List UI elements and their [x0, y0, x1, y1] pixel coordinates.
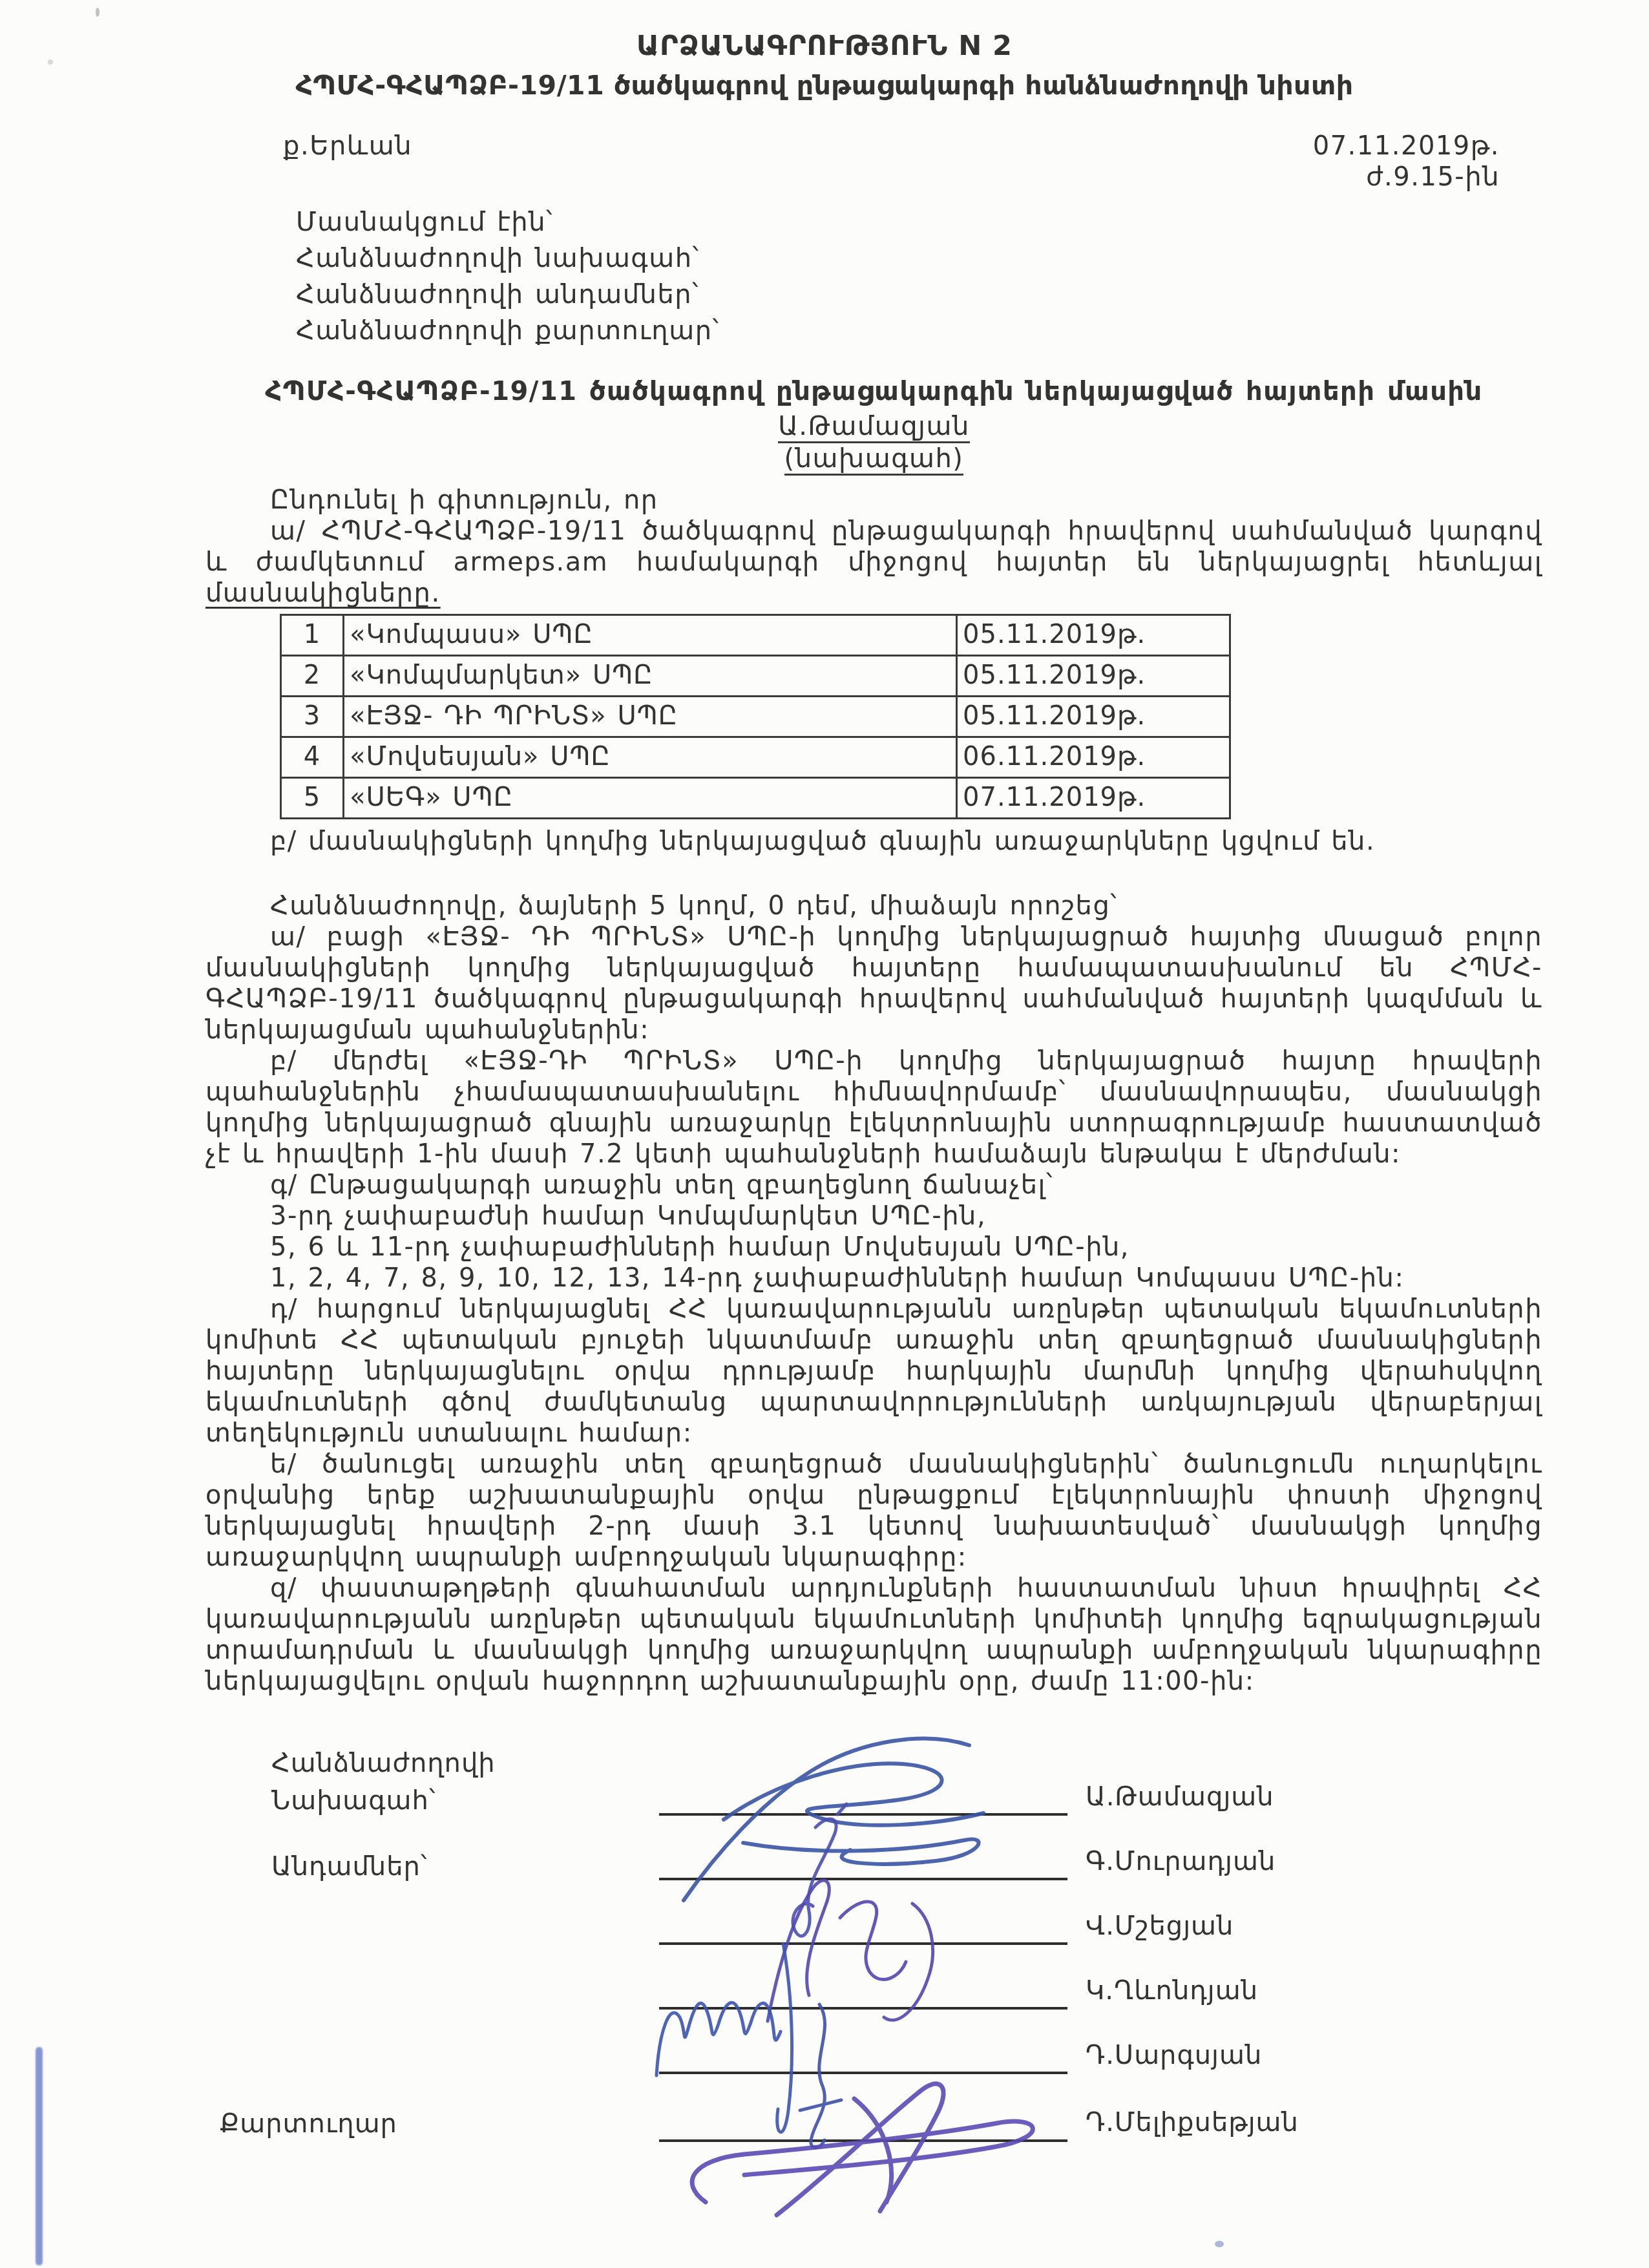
- attendance-block: Մասնակցում էին՝ Հանձնաժողովի նախագահ՝ Հա…: [296, 207, 1542, 346]
- intro-line: Ընդունել ի գիտություն, որ: [205, 485, 1542, 516]
- decision-e: ե/ ծանուցել առաջին տեղ զբաղեցրած մասնակի…: [205, 1449, 1542, 1573]
- city-date-row: ք.Երևան 07.11.2019թ.: [205, 131, 1500, 162]
- subject-chair-name: Ա.Թամազյան: [205, 411, 1542, 443]
- attendance-line-secretary: Հանձնաժողովի քարտուղար՝: [296, 315, 1542, 346]
- chair-label-line2: Նախագահ՝: [271, 1786, 436, 1816]
- scan-speck: [96, 8, 100, 17]
- chair-label-line1: Հանձնաժողովի: [271, 1748, 496, 1778]
- decision-heading: Հանձնաժողովը, ձայների 5 կողմ, 0 դեմ, միա…: [205, 890, 1542, 921]
- signature-line: [659, 2072, 1067, 2074]
- subject-chair-name-text: Ա.Թամազյան: [778, 413, 970, 443]
- signatory-name-chair: Ա.Թամազյան: [1086, 1782, 1274, 1812]
- row-number: 2: [281, 656, 344, 697]
- signatory-name-secretary: Դ.Մելիքսեթյան: [1086, 2108, 1299, 2137]
- members-label: Անդամներ՝: [271, 1852, 427, 1882]
- decision-a: ա/ բացի «ԷՅՋ- ԴԻ ՊՐԻՆՏ» ՍՊԸ-ի կողմից ներ…: [205, 921, 1542, 1045]
- table-row: 5 «ՍԵԳ» ՍՊԸ 07.11.2019թ.: [281, 778, 1230, 819]
- bid-date: 07.11.2019թ.: [957, 778, 1230, 819]
- table-row: 1 «Կոմպասս» ՍՊԸ 05.11.2019թ.: [281, 615, 1230, 656]
- attendance-heading: Մասնակցում էին՝: [296, 207, 1542, 238]
- row-number: 3: [281, 697, 344, 737]
- subject-chair-role: (նախագահ): [205, 443, 1542, 476]
- decision-g-heading: գ/ Ընթացակարգի առաջին տեղ զբաղեցնող ճանա…: [205, 1170, 1542, 1201]
- table-row: 3 «ԷՅՋ- ԴԻ ՊՐԻՆՏ» ՍՊԸ 05.11.2019թ.: [281, 697, 1230, 737]
- signatory-name-member-3: Կ.Ղևոնդյան: [1086, 1976, 1258, 2006]
- bid-date: 05.11.2019թ.: [957, 615, 1230, 656]
- table-row: 4 «Մովսեսյան» ՍՊԸ 06.11.2019թ.: [281, 737, 1230, 778]
- signature-meliksetyan: [692, 2084, 1033, 2215]
- decision-z: զ/ փաստաթղթերի գնահատման արդյունքների հա…: [205, 1573, 1542, 1697]
- table-row: 2 «Կոմպմարկետ» ՍՊԸ 05.11.2019թ.: [281, 656, 1230, 697]
- row-number: 5: [281, 778, 344, 819]
- signature-line: [659, 1878, 1067, 1880]
- scan-speck: [48, 59, 53, 65]
- clause-a-text: ա/ ՀՊՄՀ-ԳՀԱՊՁԲ-19/11 ծածկագրով ընթացակար…: [205, 516, 1542, 577]
- bidder-name: «ԷՅՋ- ԴԻ ՊՐԻՆՏ» ՍՊԸ: [344, 697, 957, 737]
- bid-date: 05.11.2019թ.: [957, 697, 1230, 737]
- signature-ghevondyan: [656, 1944, 792, 2132]
- bidders-table: 1 «Կոմպասս» ՍՊԸ 05.11.2019թ. 2 «Կոմպմարկ…: [280, 614, 1231, 819]
- bidder-name: «Կոմպասս» ՍՊԸ: [344, 615, 957, 656]
- signatory-name-member-2: Վ.Մշեցյան: [1086, 1911, 1234, 1941]
- signature-line: [659, 2007, 1067, 2010]
- decision-g-item-2: 5, 6 և 11-րդ չափաբաժինների համար Մովսեսյ…: [205, 1232, 1542, 1263]
- decision-g-item-1: 3-րդ չափաբաժնի համար Կոմպմարկետ ՍՊԸ-ին,: [205, 1201, 1542, 1232]
- signature-muradyan: [793, 1804, 846, 1936]
- decision-b: բ/ մերժել «ԷՅՋ-ԴԻ ՊՐԻՆՏ» ՍՊԸ-ի կողմից նե…: [205, 1045, 1542, 1170]
- subject-chair-role-text: (նախագահ): [784, 445, 964, 476]
- signature-ink-overlay: [0, 1723, 1649, 2252]
- decision-d: դ/ հարցում ներկայացնել ՀՀ կառավարությանն…: [205, 1294, 1542, 1449]
- time-label: ժ.9.15-ին: [205, 162, 1500, 193]
- signature-line: [659, 1942, 1067, 1945]
- subject-heading: ՀՊՄՀ-ԳՀԱՊՁԲ-19/11 ծածկագրով ընթացակարգին…: [205, 376, 1542, 407]
- row-number: 1: [281, 615, 344, 656]
- date-label: 07.11.2019թ.: [1313, 131, 1500, 162]
- document-subtitle: ՀՊՄՀ-ԳՀԱՊՁԲ-19/11 ծածկագրով ընթացակարգի …: [0, 70, 1649, 101]
- clause-a-intro: ա/ ՀՊՄՀ-ԳՀԱՊՁԲ-19/11 ծածկագրով ընթացակար…: [205, 516, 1542, 609]
- signatory-name-member-1: Գ.Մուրադյան: [1086, 1847, 1276, 1876]
- row-number: 4: [281, 737, 344, 778]
- scan-speck: [1215, 2241, 1224, 2247]
- bidder-name: «Կոմպմարկետ» ՍՊԸ: [344, 656, 957, 697]
- signature-mshetsyan: [768, 1880, 933, 2021]
- bidder-name: «ՍԵԳ» ՍՊԸ: [344, 778, 957, 819]
- secretary-label: Քարտուղար: [220, 2109, 397, 2139]
- signatory-name-member-4: Դ.Սարգսյան: [1086, 2041, 1262, 2070]
- scanned-protocol-page: ԱՐՁԱՆԱԳՐՈՒԹՅՈՒՆ N 2 ՀՊՄՀ-ԳՀԱՊՁԲ-19/11 ծա…: [0, 0, 1649, 2268]
- bid-date: 06.11.2019թ.: [957, 737, 1230, 778]
- attendance-line-chair: Հանձնաժողովի նախագահ՝: [296, 243, 1542, 274]
- signature-tamazyan: [684, 1739, 983, 1900]
- bidder-name: «Մովսեսյան» ՍՊԸ: [344, 737, 957, 778]
- clause-a-underlined-word: մասնակիցները.: [205, 578, 441, 608]
- signature-line: [659, 2139, 1067, 2142]
- scan-edge-artifact: [36, 2047, 43, 2265]
- document-body: ք.Երևան 07.11.2019թ. ժ.9.15-ին Մասնակցու…: [0, 131, 1649, 1697]
- decision-g-item-3: 1, 2, 4, 7, 8, 9, 10, 12, 13, 14-րդ չափա…: [205, 1263, 1542, 1294]
- signature-sargsyan: [800, 2004, 841, 2148]
- signature-block: Հանձնաժողովի Նախագահ՝ Անդամներ՝ Քարտուղա…: [0, 1723, 1649, 2252]
- city-label: ք.Երևան: [205, 131, 412, 162]
- attendance-line-members: Հանձնաժողովի անդամներ՝: [296, 279, 1542, 310]
- document-title: ԱՐՁԱՆԱԳՐՈՒԹՅՈՒՆ N 2: [0, 30, 1649, 62]
- clause-b-intro: բ/ մասնակիցների կողմից ներկայացված գնայի…: [205, 826, 1542, 857]
- bid-date: 05.11.2019թ.: [957, 656, 1230, 697]
- signature-line: [659, 1813, 1067, 1816]
